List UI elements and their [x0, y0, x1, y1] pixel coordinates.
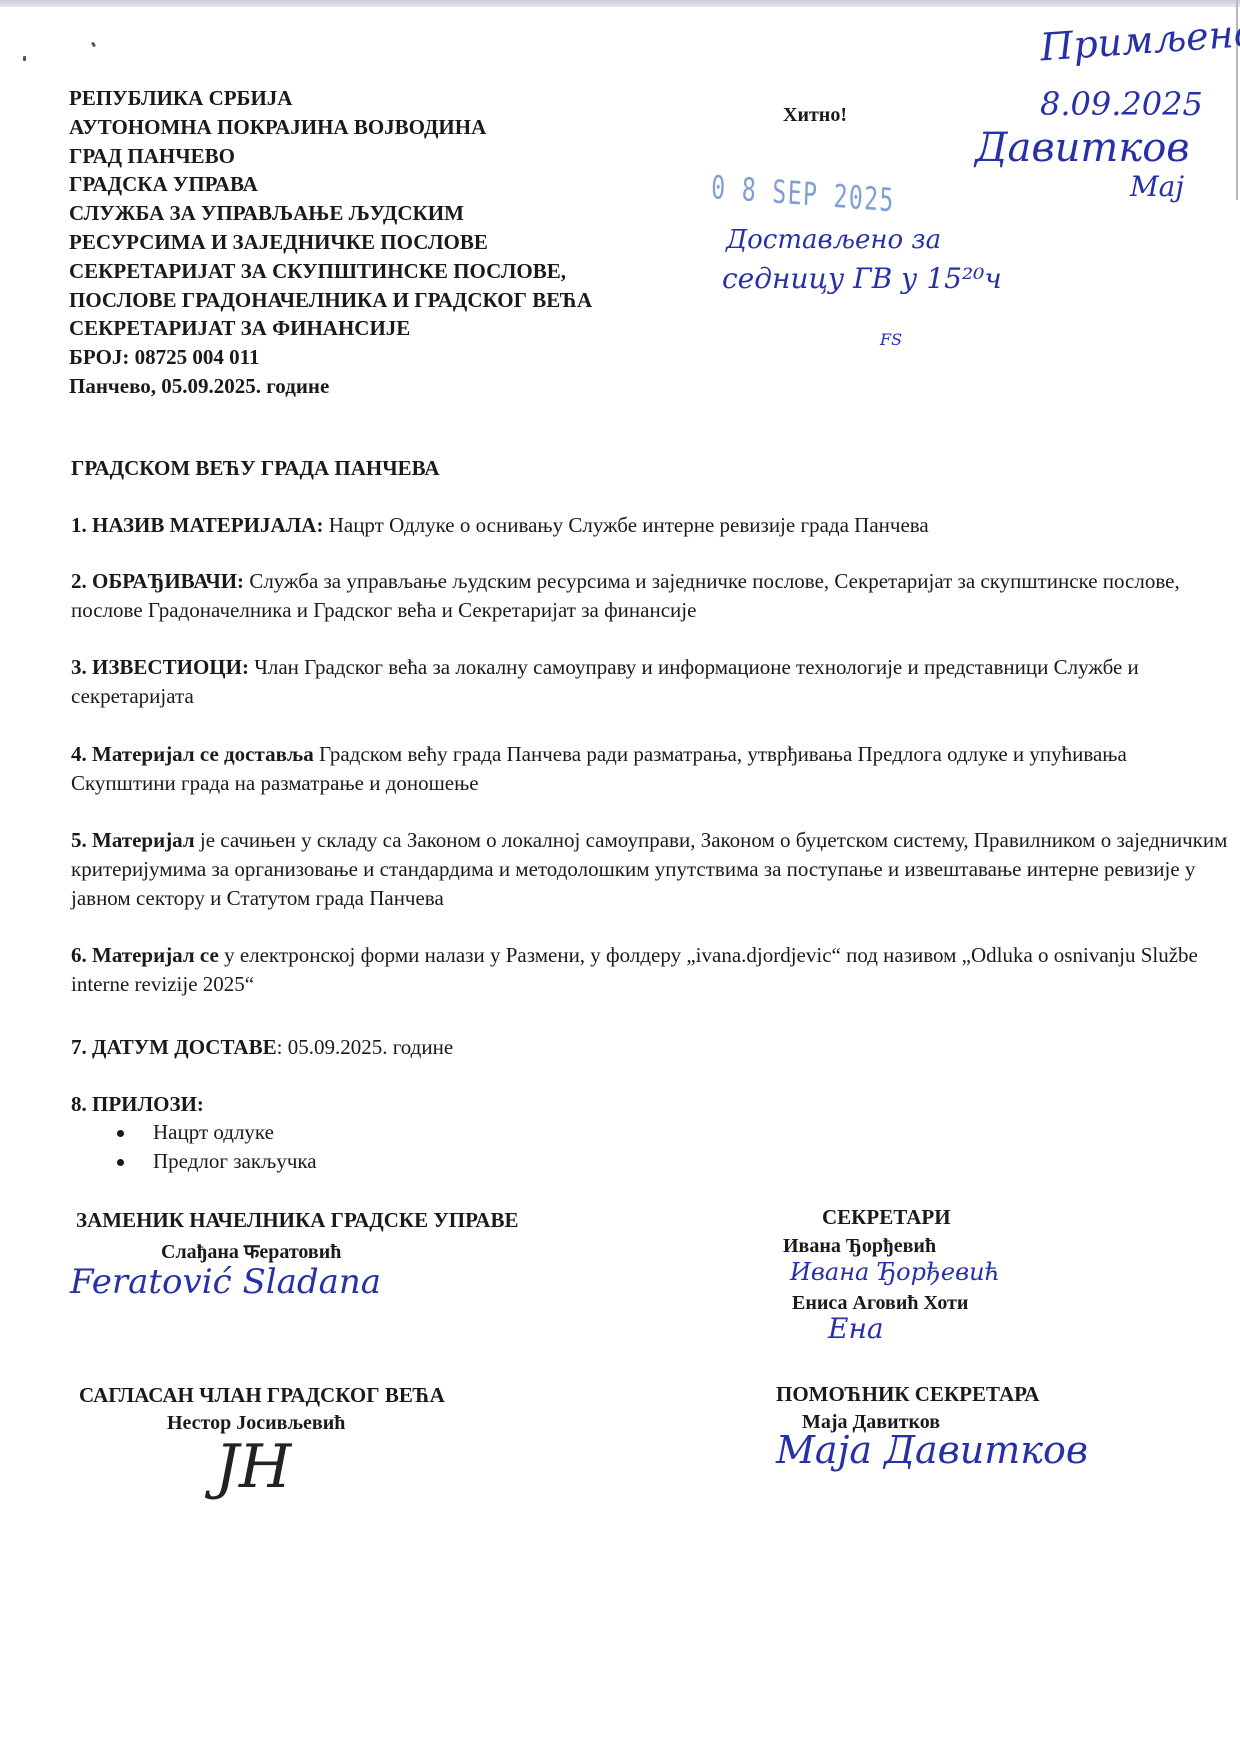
received-date-stamp: 0 8 SEP 2025 [711, 168, 896, 219]
signature-title-assistant-secretary: ПОМОЋНИК СЕКРЕТАРА [776, 1382, 1039, 1407]
item-attachments: 8. ПРИЛОЗИ: [71, 1090, 1231, 1119]
addressee: ГРАДСКОМ ВЕЋУ ГРАДА ПАНЧЕВА [71, 456, 440, 481]
document-date: Панчево, 05.09.2025. године [69, 372, 592, 401]
signature-assistant-secretary: Маја Давитков [776, 1428, 1088, 1472]
scan-speck [23, 56, 26, 61]
sender-header: РЕПУБЛИКА СРБИЈА АУТОНОМНА ПОКРАЈИНА ВОЈ… [69, 84, 592, 401]
signatory-name-secretary-1: Ивана Ђорђевић [783, 1235, 936, 1258]
header-line-finance: СЕКРЕТАРИЈАТ ЗА ФИНАНСИЈЕ [69, 314, 592, 343]
signature-title-deputy-head: ЗАМЕНИК НАЧЕЛНИКА ГРАДСКЕ УПРАВЕ [76, 1208, 518, 1233]
handwritten-received-label: Примљено [1039, 11, 1240, 70]
item-text: у електронској форми налази у Размени, у… [71, 943, 1198, 996]
item-label: 5. Материјал [71, 828, 195, 852]
signature-secretary-2: Eна [828, 1312, 884, 1345]
item-delivery-purpose: 4. Материјал се доставља Градском већу г… [71, 740, 1231, 798]
header-line-city: ГРАД ПАНЧЕВО [69, 142, 592, 171]
signature-title-council-member: САГЛАСАН ЧЛАН ГРАДСКОГ ВЕЋА [79, 1383, 445, 1408]
signature-title-secretaries: СЕКРЕТАРИ [822, 1205, 951, 1230]
signature-secretary-1: Ивана Ђорђевић [790, 1258, 1000, 1286]
document-number: БРОЈ: 08725 004 011 [69, 343, 592, 372]
header-line-administration: ГРАДСКА УПРАВА [69, 170, 592, 199]
item-legal-basis: 5. Материјал је сачињен у складу са Зако… [71, 826, 1231, 913]
signature-council-member: ЈН [215, 1432, 291, 1502]
signature-deputy-head: Feratović Sladana [70, 1262, 381, 1302]
item-text: Нацрт Одлуке о оснивању Службе интерне р… [323, 513, 928, 537]
item-text: је сачињен у складу са Законом о локално… [71, 828, 1227, 910]
item-material-name: 1. НАЗИВ МАТЕРИЈАЛА: Нацрт Одлуке о осни… [71, 511, 1231, 540]
handwritten-delivered-note-line2: седницу ГВ у 15²⁰ч [722, 262, 1002, 295]
header-line-province: АУТОНОМНА ПОКРАЈИНА ВОЈВОДИНА [69, 113, 592, 142]
item-electronic-location: 6. Материјал се у електронској форми нал… [71, 941, 1231, 999]
item-label: 2. ОБРАЂИВАЧИ: [71, 569, 244, 593]
header-line-secretariat-2: ПОСЛОВЕ ГРАДОНАЧЕЛНИКА И ГРАДСКОГ ВЕЋА [69, 286, 592, 315]
item-text: : 05.09.2025. године [277, 1035, 454, 1059]
item-delivery-date: 7. ДАТУМ ДОСТАВЕ: 05.09.2025. године [71, 1033, 1231, 1062]
item-label: 7. ДАТУМ ДОСТАВЕ [71, 1035, 277, 1059]
header-line-secretariat-1: СЕКРЕТАРИЈАТ ЗА СКУПШТИНСКЕ ПОСЛОВЕ, [69, 257, 592, 286]
handwritten-received-initials: Мај [1130, 170, 1184, 203]
attachment-item: Нацрт одлуке [117, 1118, 317, 1147]
attachment-item: Предлог закључка [117, 1147, 317, 1176]
attachments-list: Нацрт одлуке Предлог закључка [117, 1118, 317, 1176]
item-label: 6. Материјал се [71, 943, 219, 967]
header-line-service-1: СЛУЖБА ЗА УПРАВЉАЊЕ ЉУДСКИМ [69, 199, 592, 228]
urgent-label: Хитно! [783, 104, 847, 127]
signatory-name-deputy-head: Слађана फератовић [161, 1237, 341, 1264]
item-label: 3. ИЗВЕСТИОЦИ: [71, 655, 249, 679]
header-line-service-2: РЕСУРСИМА И ЗАЈЕДНИЧКЕ ПОСЛОВЕ [69, 228, 592, 257]
item-authors: 2. ОБРАЂИВАЧИ: Служба за управљање људск… [71, 567, 1231, 625]
header-line-country: РЕПУБЛИКА СРБИЈА [69, 84, 592, 113]
handwritten-delivered-note-line1: Достављено за [726, 225, 941, 255]
handwritten-received-by: Давитков [975, 125, 1190, 171]
handwritten-received-date: 8.09.2025 [1040, 85, 1203, 123]
item-label: 8. ПРИЛОЗИ: [71, 1092, 204, 1116]
item-label: 4. Материјал се доставља [71, 742, 314, 766]
item-reporters: 3. ИЗВЕСТИОЦИ: Члан Градског већа за лок… [71, 653, 1231, 711]
item-label: 1. НАЗИВ МАТЕРИЈАЛА: [71, 513, 323, 537]
scan-speck [91, 42, 96, 48]
handwritten-delivered-initials: FS [880, 330, 902, 349]
scan-top-edge [0, 0, 1240, 7]
